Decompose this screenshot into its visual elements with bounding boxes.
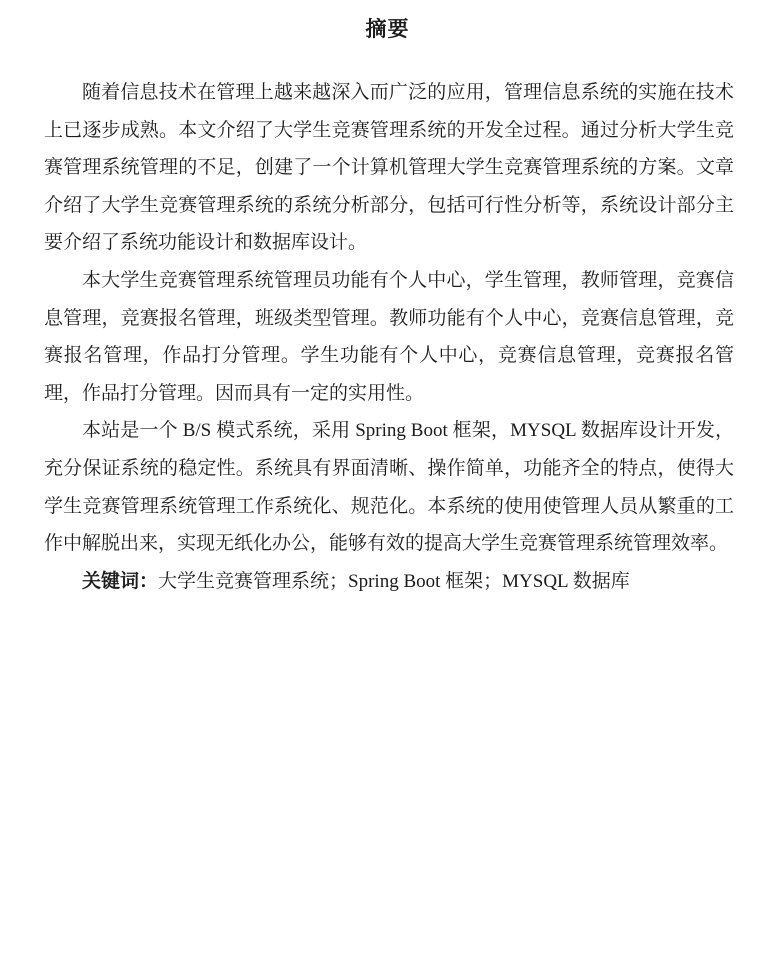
- abstract-paragraph-2: 本大学生竞赛管理系统管理员功能有个人中心，学生管理，教师管理，竞赛信息管理，竞赛…: [44, 262, 734, 412]
- abstract-body: 随着信息技术在管理上越来越深入而广泛的应用，管理信息系统的实施在技术上已逐步成熟…: [44, 74, 734, 600]
- page-title: 摘要: [0, 0, 775, 44]
- abstract-page: 摘要 随着信息技术在管理上越来越深入而广泛的应用，管理信息系统的实施在技术上已逐…: [0, 0, 775, 974]
- keywords-label: 关键词：: [82, 571, 158, 592]
- abstract-paragraph-1: 随着信息技术在管理上越来越深入而广泛的应用，管理信息系统的实施在技术上已逐步成熟…: [44, 74, 734, 262]
- keywords-text: 大学生竞赛管理系统；Spring Boot 框架；MYSQL 数据库: [158, 571, 630, 592]
- keywords-line: 关键词：大学生竞赛管理系统；Spring Boot 框架；MYSQL 数据库: [44, 563, 734, 601]
- abstract-paragraph-3: 本站是一个 B/S 模式系统，采用 Spring Boot 框架，MYSQL 数…: [44, 412, 734, 562]
